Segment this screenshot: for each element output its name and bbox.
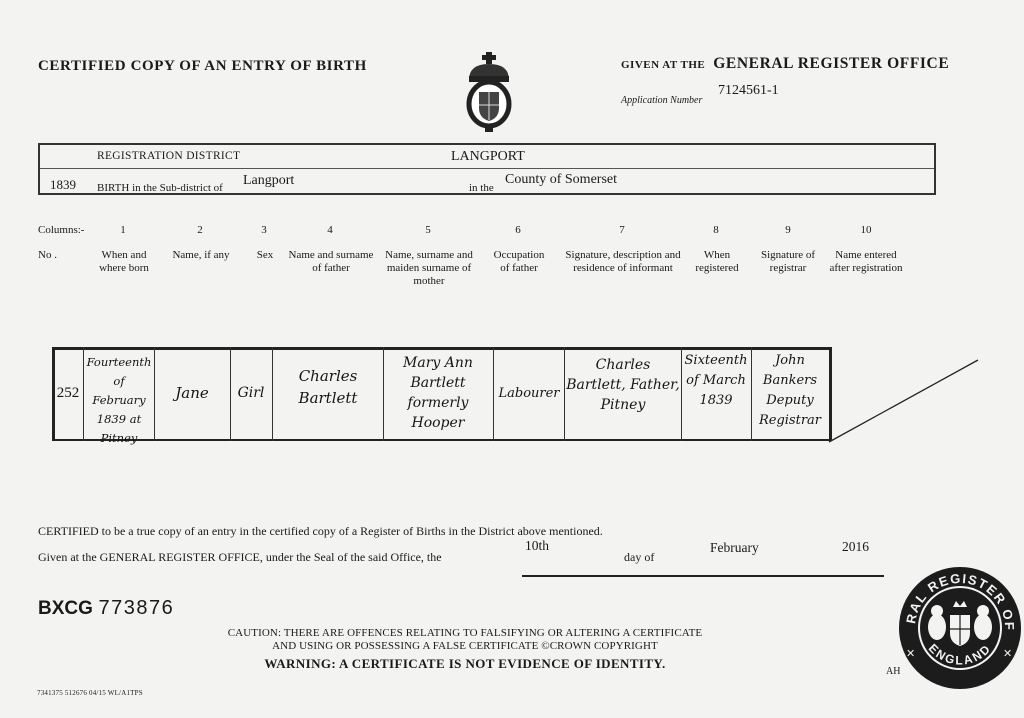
- general-register-office-label: GENERAL REGISTER OFFICE: [713, 55, 949, 72]
- district-box-divider: [40, 168, 934, 169]
- column-number-2: 2: [180, 224, 220, 236]
- given-at-heading: GIVEN AT THE GENERAL REGISTER OFFICE: [621, 55, 949, 73]
- issuer-initials: AH: [886, 666, 900, 677]
- column-heading-2: Name, if any: [166, 249, 236, 262]
- given-at-statement: Given at the GENERAL REGISTER OFFICE, un…: [38, 550, 442, 565]
- entry-when-where-born: Fourteenth of February 1839 at Pitney: [85, 353, 153, 448]
- entry-father: Charles Bartlett: [274, 365, 382, 409]
- column-heading-4: Name and surname of father: [286, 249, 376, 275]
- column-heading-6: Occupation of father: [489, 249, 549, 275]
- general-register-office-seal-icon: GENERAL REGISTER OFFICE ENGLAND ✕ ✕: [897, 565, 1023, 691]
- entry-sex: Girl: [231, 385, 271, 402]
- registration-year: 1839: [50, 177, 76, 193]
- no-label: No .: [38, 249, 57, 261]
- application-number-label: Application Number: [621, 95, 702, 106]
- identity-warning: WARNING: A CERTIFICATE IS NOT EVIDENCE O…: [220, 656, 710, 672]
- in-the-label: in the: [469, 182, 494, 194]
- birth-subdistrict-label: BIRTH in the Sub-district of: [97, 182, 223, 194]
- column-number-7: 7: [602, 224, 642, 236]
- register-entry-row: 252 Fourteenth of February 1839 at Pitne…: [36, 347, 832, 441]
- royal-crest-icon: [459, 50, 519, 135]
- column-number-4: 4: [310, 224, 350, 236]
- entry-divider: [272, 347, 273, 441]
- certification-statement: CERTIFIED to be a true copy of an entry …: [38, 524, 603, 539]
- entry-divider: [83, 347, 84, 441]
- column-number-8: 8: [696, 224, 736, 236]
- application-number-value: 7124561-1: [718, 83, 779, 99]
- registration-district-value: LANGPORT: [451, 149, 525, 165]
- column-heading-10: Name entered after registration: [826, 249, 906, 275]
- column-number-10: 10: [846, 224, 886, 236]
- entry-divider: [564, 347, 565, 441]
- signature-rule: [522, 575, 884, 577]
- cancellation-diagonal-line: [826, 356, 982, 446]
- column-number-5: 5: [408, 224, 448, 236]
- entry-when-registered: Sixteenth of March 1839: [682, 351, 750, 411]
- entry-top-rule: [52, 347, 832, 350]
- day-of-label: day of: [624, 550, 654, 565]
- issue-day: 10th: [525, 538, 549, 554]
- column-heading-7: Signature, description and residence of …: [562, 249, 684, 275]
- entry-registrar-signature: John Bankers Deputy Registrar: [752, 351, 828, 431]
- columns-label: Columns:-: [38, 224, 84, 236]
- svg-text:✕: ✕: [1003, 647, 1012, 660]
- column-heading-9: Signature of registrar: [757, 249, 819, 275]
- entry-mother: Mary Ann Bartlett formerly Hooper: [385, 353, 491, 433]
- certificate-serial: BXCG 773876: [38, 597, 174, 620]
- entry-informant: Charles Bartlett, Father, Pitney: [566, 355, 680, 415]
- column-heading-5: Name, surname and maiden surname of moth…: [381, 249, 477, 288]
- entry-divider: [383, 347, 384, 441]
- caution-line-2: AND USING OR POSSESSING A FALSE CERTIFIC…: [220, 640, 710, 653]
- county-value: County of Somerset: [505, 172, 617, 188]
- column-heading-3: Sex: [248, 249, 282, 262]
- column-number-3: 3: [244, 224, 284, 236]
- certificate-title: CERTIFIED COPY OF AN ENTRY OF BIRTH: [38, 58, 367, 75]
- issue-month: February: [710, 540, 759, 556]
- issue-year: 2016: [842, 539, 869, 555]
- given-at-label: GIVEN AT THE: [621, 59, 705, 71]
- serial-number: 773876: [98, 597, 174, 619]
- column-number-6: 6: [498, 224, 538, 236]
- entry-bottom-rule: [52, 439, 832, 441]
- column-heading-1: When and where born: [93, 249, 155, 275]
- serial-prefix: BXCG: [38, 598, 93, 619]
- entry-occupation: Labourer: [494, 385, 564, 402]
- svg-text:✕: ✕: [906, 647, 915, 660]
- column-heading-8: When registered: [690, 249, 744, 275]
- column-number-9: 9: [768, 224, 808, 236]
- entry-name: Jane: [155, 385, 229, 402]
- registration-district-label: REGISTRATION DISTRICT: [97, 150, 240, 162]
- caution-notice: CAUTION: THERE ARE OFFENCES RELATING TO …: [220, 627, 710, 653]
- caution-line-1: CAUTION: THERE ARE OFFENCES RELATING TO …: [220, 627, 710, 640]
- column-number-1: 1: [103, 224, 143, 236]
- subdistrict-value: Langport: [243, 173, 294, 189]
- entry-number: 252: [53, 385, 83, 402]
- form-code: 7341375 512676 04/15 WL/A1TPS: [37, 689, 143, 697]
